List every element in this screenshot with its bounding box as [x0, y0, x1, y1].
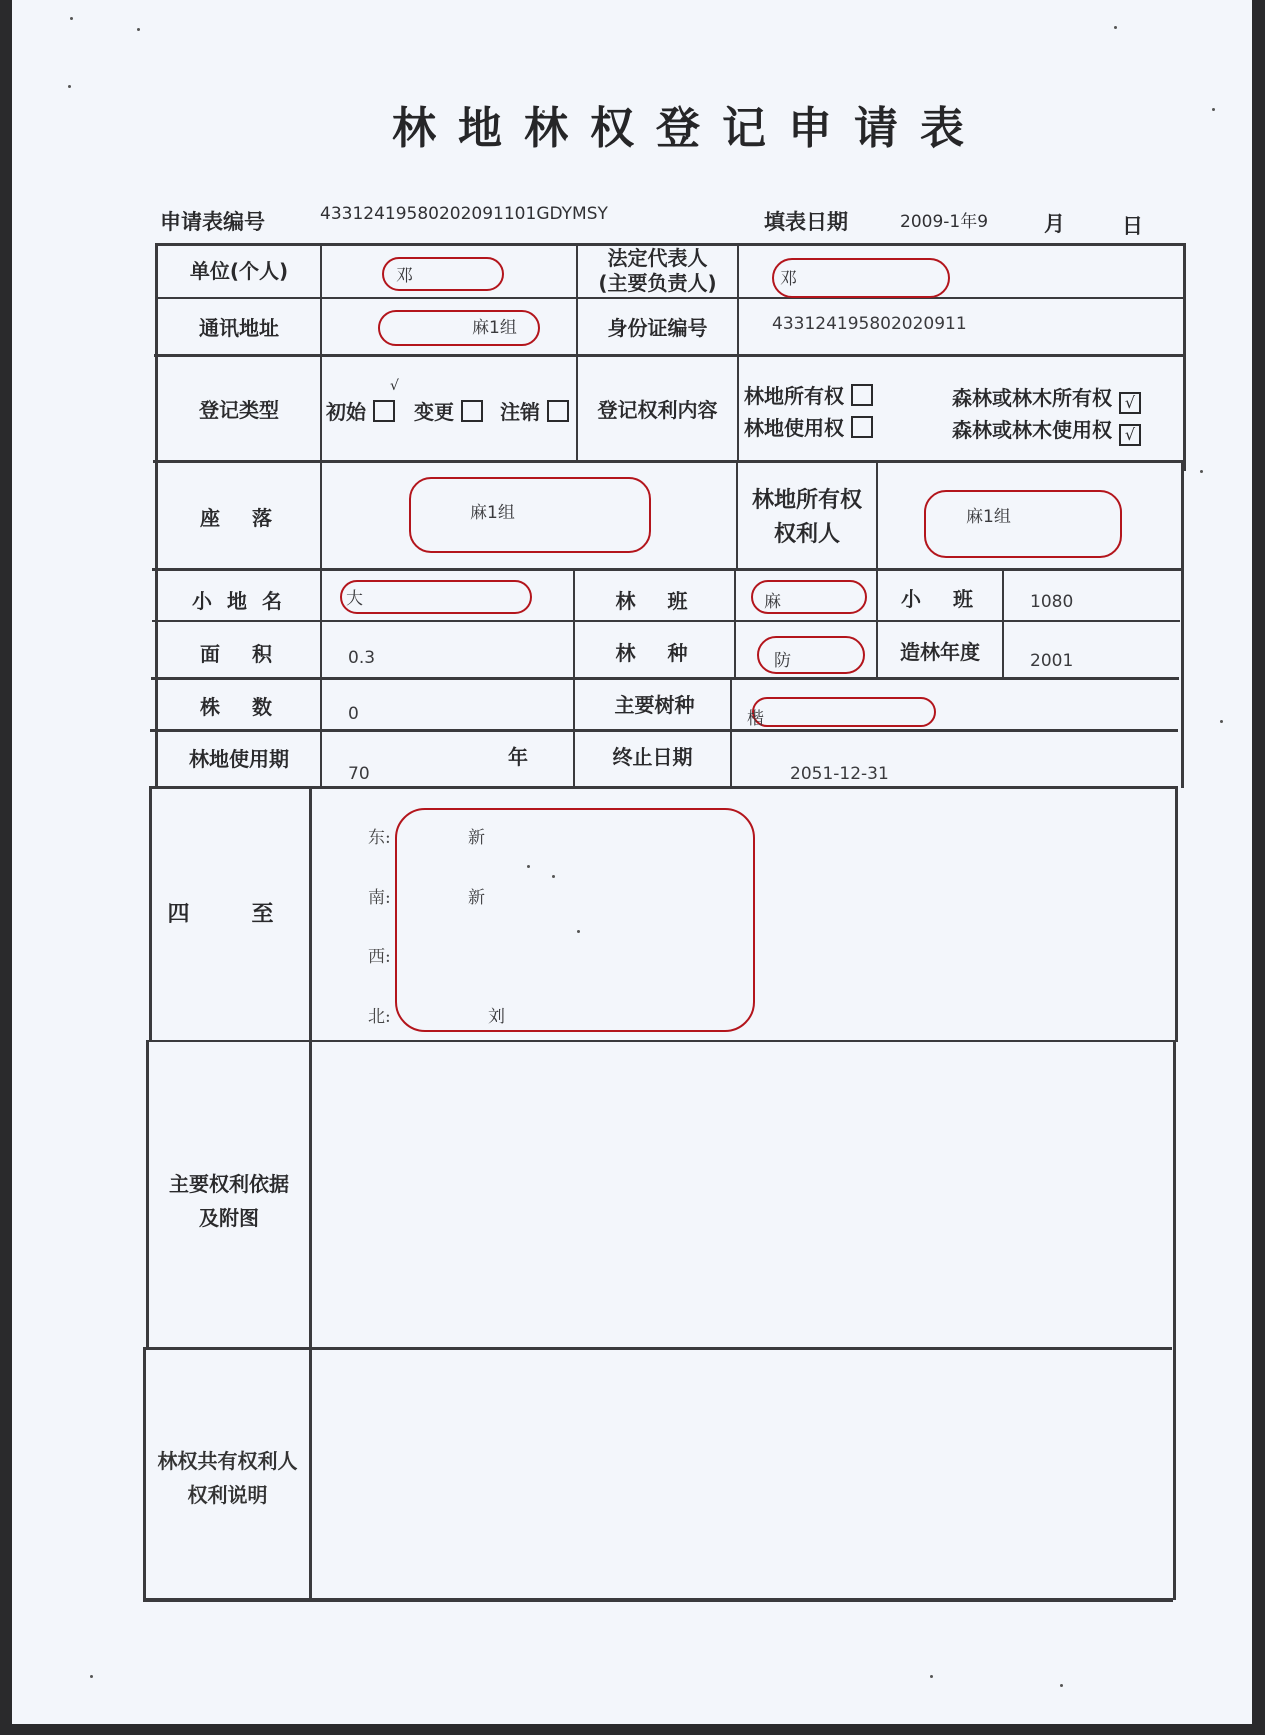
area-label: 面 积: [158, 641, 320, 667]
application-no-label: 申请表编号: [160, 206, 265, 236]
row-divider: [152, 620, 1180, 622]
checkbox-forest-use[interactable]: √: [1119, 424, 1141, 446]
row-divider: [154, 354, 1184, 357]
registered-rights-label: 登记权利内容: [578, 397, 737, 423]
boundaries-label: 四 至: [152, 902, 309, 928]
checkbox-change[interactable]: [461, 400, 483, 422]
scan-speck: [930, 1675, 933, 1678]
west-label: 西:: [368, 942, 391, 967]
scan-speck: [542, 110, 545, 113]
checkbox-initial[interactable]: [373, 400, 395, 422]
id-number-value: 433124195802020911: [772, 314, 967, 334]
place-name-label: 小 地 名: [158, 588, 320, 614]
location-value: 麻1组: [470, 498, 515, 523]
address-label: 通讯地址: [158, 315, 320, 341]
redaction-outline: [924, 490, 1122, 558]
sub-compartment-value: 1080: [1030, 592, 1073, 612]
co-owners-field[interactable]: [312, 1350, 1172, 1598]
right-forest-use-option[interactable]: 森林或林木使用权 √: [952, 414, 1141, 446]
scan-speck: [1212, 108, 1215, 111]
east-label: 东:: [368, 823, 391, 848]
checkbox-cancel[interactable]: [547, 400, 569, 422]
scan-speck: [70, 17, 73, 20]
application-no-value: 43312419580202091101GDYMSY: [320, 204, 608, 224]
row-divider: [151, 677, 1179, 680]
forest-type-label: 林 种: [575, 640, 734, 666]
col-divider: [1002, 568, 1004, 680]
south-label: 南:: [368, 883, 391, 908]
month-label: 月: [1044, 208, 1065, 238]
forest-land-owner-value: 麻1组: [966, 502, 1011, 527]
scan-speck: [1200, 470, 1203, 473]
registration-type-label: 登记类型: [158, 397, 320, 423]
land-use-term-label: 林地使用期: [158, 746, 320, 772]
scan-speck: [1114, 26, 1117, 29]
col-divider: [737, 243, 739, 463]
redaction-outline: [752, 697, 936, 727]
redaction-outline: [409, 477, 651, 553]
end-date-value: 2051-12-31: [790, 764, 889, 784]
scan-speck: [1220, 720, 1223, 723]
col-divider: [734, 568, 736, 680]
land-use-term-unit: 年: [508, 744, 528, 770]
redaction-outline: [395, 808, 755, 1032]
legal-rep-value: 邓: [780, 264, 797, 289]
right-forest-ownership-option[interactable]: 森林或林木所有权 √: [952, 382, 1141, 414]
table-border-right: [1183, 243, 1186, 471]
table-border-bottom: [143, 1598, 1173, 1602]
north-label: 北:: [368, 1002, 391, 1027]
main-rights-basis-label: 主要权利依据 及附图: [149, 1167, 309, 1235]
forest-compartment-value: 麻: [764, 587, 781, 612]
area-value: 0.3: [348, 648, 375, 668]
south-value: 新: [468, 883, 485, 908]
end-date-label: 终止日期: [575, 744, 730, 770]
co-owners-label: 林权共有权利人 权利说明: [146, 1444, 309, 1512]
table-border-right: [1175, 786, 1178, 1042]
main-species-value: 楷: [747, 704, 764, 729]
scan-speck: [1060, 1684, 1063, 1687]
row-divider: [149, 786, 1177, 789]
redaction-outline: [772, 258, 950, 298]
table-border-right: [1181, 460, 1184, 788]
scan-speck: [68, 85, 71, 88]
reg-type-change-option[interactable]: 变更: [414, 396, 483, 425]
tree-count-label: 株 数: [158, 694, 320, 720]
col-divider: [320, 243, 322, 788]
table-border-right: [1173, 1040, 1176, 1600]
scan-speck: [90, 1675, 93, 1678]
day-label: 日: [1122, 210, 1143, 240]
location-label: 座 落: [158, 505, 320, 531]
forest-type-value: 防: [774, 646, 791, 671]
row-divider: [152, 568, 1182, 571]
legal-rep-label: 法定代表人 (主要负责人): [578, 246, 737, 296]
address-value: 麻1组: [472, 313, 517, 338]
id-number-label: 身份证编号: [578, 315, 737, 341]
form-title: 林地林权登记申请表: [392, 92, 986, 156]
sub-compartment-label: 小 班: [878, 586, 1002, 612]
reg-type-cancel-option[interactable]: 注销: [500, 396, 569, 425]
row-divider: [150, 729, 1178, 732]
scan-speck: [577, 930, 580, 933]
scan-speck: [527, 865, 530, 868]
planting-year-label: 造林年度: [878, 639, 1002, 665]
scan-speck: [137, 28, 140, 31]
east-value: 新: [468, 823, 485, 848]
place-name-value: 大: [346, 584, 363, 609]
checkbox-land-ownership[interactable]: [851, 384, 873, 406]
main-species-label: 主要树种: [575, 692, 734, 718]
reg-type-initial-option[interactable]: 初始: [326, 396, 395, 425]
fill-date-label: 填表日期: [764, 206, 848, 236]
right-land-use-option[interactable]: 林地使用权: [744, 412, 873, 441]
checkbox-land-use[interactable]: [851, 416, 873, 438]
scanned-page: 林地林权登记申请表 申请表编号 43312419580202091101GDYM…: [12, 0, 1252, 1724]
scan-speck: [552, 875, 555, 878]
checkmark-icon: √: [390, 378, 399, 394]
tree-count-value: 0: [348, 704, 359, 724]
col-divider: [876, 460, 878, 570]
forest-compartment-label: 林 班: [575, 588, 734, 614]
land-use-term-value: 70: [348, 764, 370, 784]
unit-label: 单位(个人): [158, 258, 320, 284]
redaction-outline: [340, 580, 532, 614]
forest-land-owner-label: 林地所有权 权利人: [738, 484, 876, 552]
planting-year-value: 2001: [1030, 651, 1073, 671]
row-divider: [153, 460, 1183, 463]
unit-value: 邓: [396, 261, 413, 286]
north-value: 刘: [488, 1002, 505, 1027]
row-divider: [155, 297, 1185, 299]
right-land-ownership-option[interactable]: 林地所有权: [744, 380, 873, 409]
fill-date-value: 2009-1年9: [900, 207, 988, 232]
checkbox-forest-ownership[interactable]: √: [1119, 392, 1141, 414]
main-rights-basis-field[interactable]: [312, 1042, 1172, 1347]
